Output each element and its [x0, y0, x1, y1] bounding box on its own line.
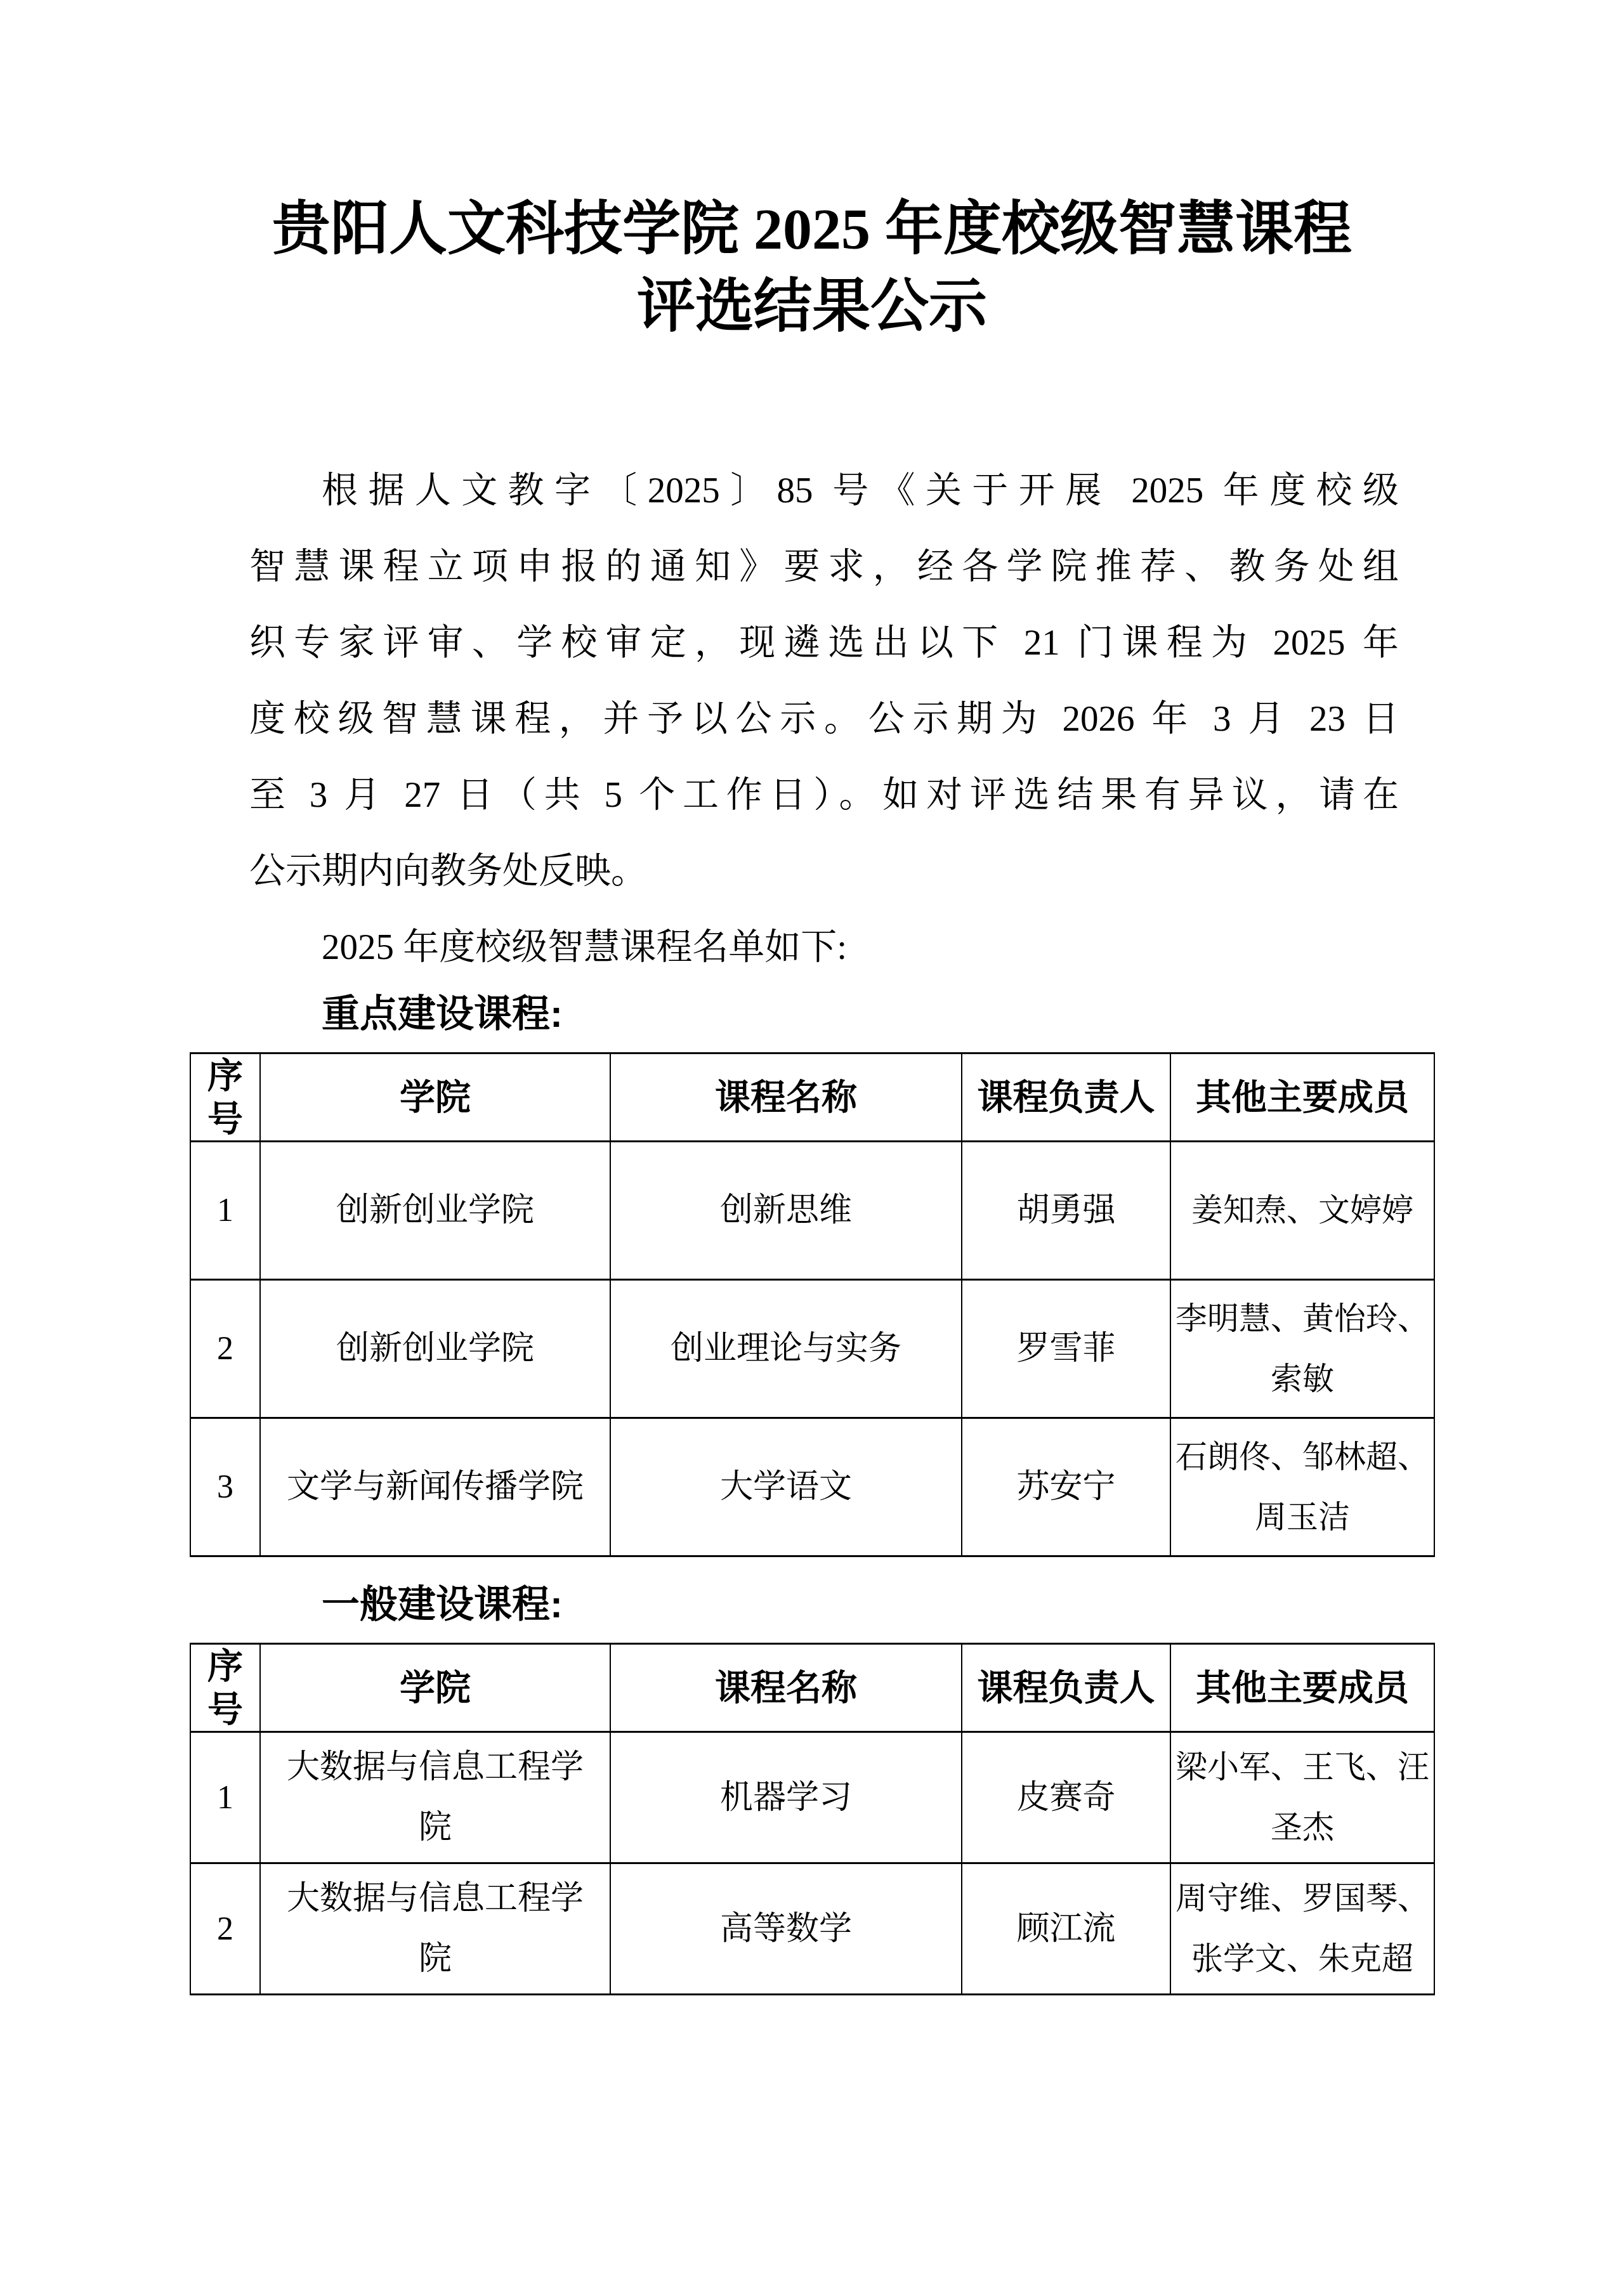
- cell-college: 大数据与信息工程学院: [260, 1863, 610, 1995]
- col-header-leader: 课程负责人: [962, 1053, 1170, 1142]
- cell-course: 高等数学: [610, 1863, 962, 1995]
- table-header-row: 序号 学院 课程名称 课程负责人 其他主要成员: [190, 1644, 1434, 1732]
- cell-leader: 苏安宁: [962, 1418, 1170, 1556]
- cell-leader: 罗雪菲: [962, 1280, 1170, 1418]
- cell-members: 石朗佟、邹林超、周玉洁: [1170, 1418, 1434, 1556]
- table-row: 1 创新创业学院 创新思维 胡勇强 姜知焘、文婷婷: [190, 1142, 1434, 1280]
- paragraph-line: 根据人文教字〔2025〕85 号《关于开展 2025 年度校级: [249, 453, 1399, 529]
- cell-course: 大学语文: [610, 1418, 962, 1556]
- cell-members: 姜知焘、文婷婷: [1170, 1142, 1434, 1280]
- cell-leader: 胡勇强: [962, 1142, 1170, 1280]
- col-header-course: 课程名称: [610, 1053, 962, 1142]
- general-courses-heading: 一般建设课程:: [322, 1582, 1624, 1627]
- paragraph-line: 度校级智慧课程，并予以公示。公示期为 2026 年 3 月 23 日: [249, 681, 1399, 757]
- document-title: 贵阳人文科技学院 2025 年度校级智慧课程 评选结果公示: [0, 0, 1624, 345]
- cell-seq: 3: [190, 1418, 260, 1556]
- list-intro-line: 2025 年度校级智慧课程名单如下:: [249, 910, 1399, 986]
- col-header-members: 其他主要成员: [1170, 1053, 1434, 1142]
- document-page: 贵阳人文科技学院 2025 年度校级智慧课程 评选结果公示 根据人文教字〔202…: [0, 0, 1624, 2296]
- cell-course: 机器学习: [610, 1732, 962, 1863]
- cell-college: 大数据与信息工程学院: [260, 1732, 610, 1863]
- col-header-leader: 课程负责人: [962, 1644, 1170, 1732]
- cell-seq: 2: [190, 1280, 260, 1418]
- paragraph-line: 智慧课程立项申报的通知》要求，经各学院推荐、教务处组: [249, 529, 1399, 605]
- title-line-2: 评选结果公示: [0, 268, 1624, 345]
- table-row: 2 大数据与信息工程学院 高等数学 顾江流 周守维、罗国琴、张学文、朱克超: [190, 1863, 1434, 1995]
- cell-seq: 1: [190, 1732, 260, 1863]
- cell-seq: 2: [190, 1863, 260, 1995]
- table-row: 1 大数据与信息工程学院 机器学习 皮赛奇 梁小军、王飞、汪圣杰: [190, 1732, 1434, 1863]
- table-row: 2 创新创业学院 创业理论与实务 罗雪菲 李明慧、黄怡玲、索敏: [190, 1280, 1434, 1418]
- key-courses-table: 序号 学院 课程名称 课程负责人 其他主要成员 1 创新创业学院 创新思维 胡勇…: [190, 1052, 1435, 1557]
- paragraph-line: 至 3 月 27 日（共 5 个工作日）。如对评选结果有异议，请在: [249, 757, 1399, 833]
- table-row: 3 文学与新闻传播学院 大学语文 苏安宁 石朗佟、邹林超、周玉洁: [190, 1418, 1434, 1556]
- body-paragraph: 根据人文教字〔2025〕85 号《关于开展 2025 年度校级 智慧课程立项申报…: [249, 453, 1399, 986]
- col-header-seq: 序号: [190, 1053, 260, 1142]
- col-header-seq: 序号: [190, 1644, 260, 1732]
- col-header-course: 课程名称: [610, 1644, 962, 1732]
- col-header-college: 学院: [260, 1053, 610, 1142]
- general-courses-table: 序号 学院 课程名称 课程负责人 其他主要成员 1 大数据与信息工程学院 机器学…: [190, 1643, 1435, 1995]
- cell-course: 创新思维: [610, 1142, 962, 1280]
- cell-members: 梁小军、王飞、汪圣杰: [1170, 1732, 1434, 1863]
- paragraph-line: 公示期内向教务处反映。: [249, 833, 1399, 910]
- paragraph-line: 织专家评审、学校审定，现遴选出以下 21 门课程为 2025 年: [249, 605, 1399, 681]
- col-header-college: 学院: [260, 1644, 610, 1732]
- cell-college: 文学与新闻传播学院: [260, 1418, 610, 1556]
- title-line-1: 贵阳人文科技学院 2025 年度校级智慧课程: [0, 190, 1624, 268]
- cell-seq: 1: [190, 1142, 260, 1280]
- cell-college: 创新创业学院: [260, 1280, 610, 1418]
- cell-course: 创业理论与实务: [610, 1280, 962, 1418]
- table-header-row: 序号 学院 课程名称 课程负责人 其他主要成员: [190, 1053, 1434, 1142]
- col-header-members: 其他主要成员: [1170, 1644, 1434, 1732]
- cell-leader: 皮赛奇: [962, 1732, 1170, 1863]
- cell-members: 李明慧、黄怡玲、索敏: [1170, 1280, 1434, 1418]
- cell-leader: 顾江流: [962, 1863, 1170, 1995]
- cell-college: 创新创业学院: [260, 1142, 610, 1280]
- cell-members: 周守维、罗国琴、张学文、朱克超: [1170, 1863, 1434, 1995]
- key-courses-heading: 重点建设课程:: [322, 992, 1624, 1036]
